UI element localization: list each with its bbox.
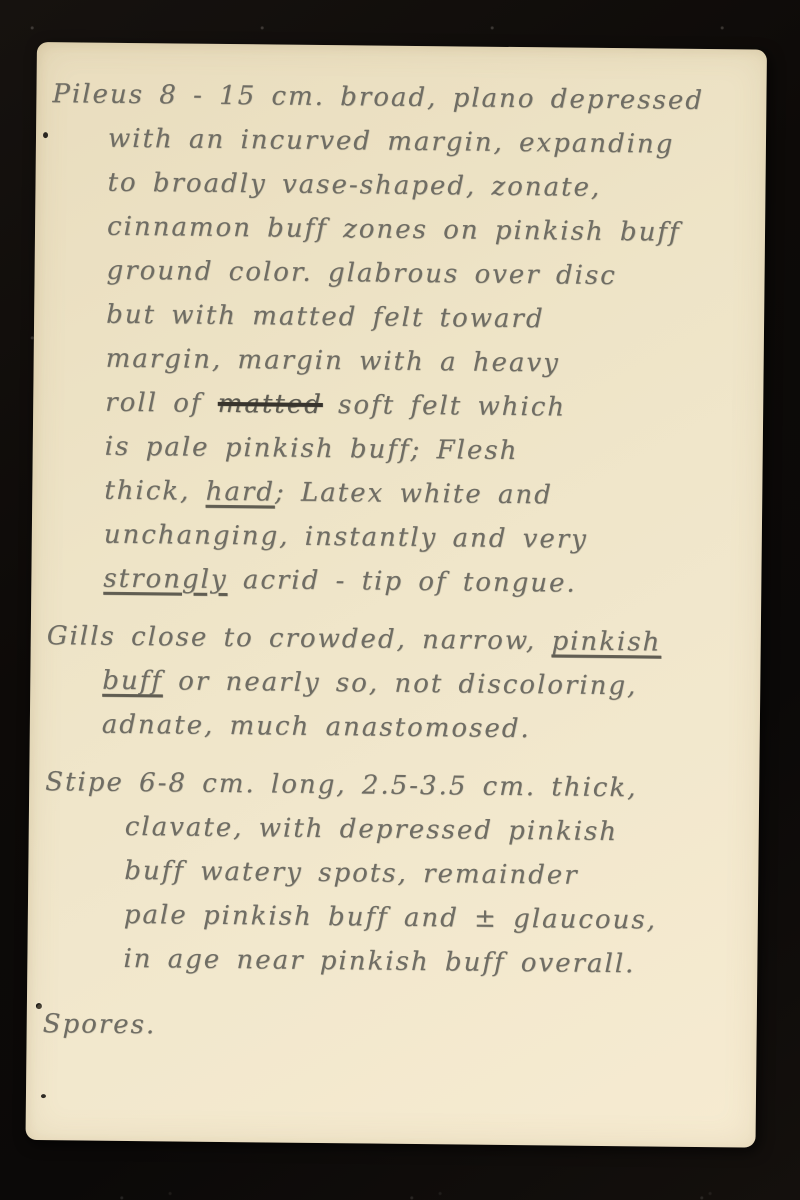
text-strikethrough: matted <box>218 389 323 420</box>
text-segment: thick, <box>104 476 206 507</box>
photo-background: { "photo": { "background_color": "#0d0a0… <box>0 0 800 1200</box>
handwritten-line: Pileus 8 - 15 cm. broad, plano depressed <box>52 72 758 123</box>
handwritten-line: Spores. <box>42 1002 748 1053</box>
text-segment: Pileus 8 - 15 cm. broad, plano depressed <box>52 79 704 116</box>
text-underline: pinkish <box>551 626 661 657</box>
section-pileus: Pileus 8 - 15 cm. broad, plano depressed… <box>47 72 758 607</box>
corner-speck-mark <box>41 1094 46 1098</box>
text-underline: buff <box>102 666 163 697</box>
text-segment: Gills close to crowded, narrow, <box>47 621 552 656</box>
text-segment: adnate, much anastomosed. <box>102 710 531 744</box>
text-segment: pale pinkish buff and ± glaucous, <box>124 900 657 936</box>
text-segment: margin, margin with a heavy <box>106 344 560 379</box>
text-segment: is pale pinkish buff; Flesh <box>105 432 519 466</box>
text-segment: ; Latex white and <box>275 478 553 511</box>
text-segment: soft felt which <box>323 390 567 423</box>
handwritten-line: clavate, with depressed pinkish <box>125 805 751 856</box>
note-card: Pileus 8 - 15 cm. broad, plano depressed… <box>26 42 767 1148</box>
text-segment: buff watery spots, remainder <box>124 856 579 891</box>
text-segment: unchanging, instantly and very <box>104 520 588 555</box>
section-stipe: Stipe 6-8 cm. long, 2.5-3.5 cm. thick,cl… <box>43 760 751 987</box>
handwritten-line: buff or nearly so, not discoloring, <box>102 659 752 710</box>
handwritten-line: Stipe 6-8 cm. long, 2.5-3.5 cm. thick, <box>45 760 751 811</box>
text-segment: cinnamon buff zones on pinkish buff <box>107 212 681 248</box>
text-segment: or nearly so, not discoloring, <box>163 666 638 701</box>
text-segment: in age near pinkish buff overall. <box>123 944 635 979</box>
handwritten-line: roll of matted soft felt which <box>105 381 755 432</box>
handwritten-line: to broadly vase-shaped, zonate, <box>107 161 757 212</box>
handwritten-line: margin, margin with a heavy <box>105 337 755 388</box>
text-underline: hard <box>206 477 276 508</box>
handwritten-line: in age near pinkish buff overall. <box>123 937 749 988</box>
text-segment: ground color. glabrous over disc <box>106 256 617 291</box>
text-segment: but with matted felt toward <box>106 300 545 335</box>
handwritten-line: ground color. glabrous over disc <box>106 249 756 300</box>
pinhole-mark <box>36 1003 42 1009</box>
text-segment: Stipe 6-8 cm. long, 2.5-3.5 cm. thick, <box>45 767 638 803</box>
text-segment: roll of <box>105 388 218 419</box>
note-text: Pileus 8 - 15 cm. broad, plano depressed… <box>42 72 758 1053</box>
section-spores: Spores. <box>42 1002 748 1053</box>
handwritten-line: but with matted felt toward <box>106 293 756 344</box>
handwritten-line: strongly acrid - tip of tongue. <box>103 557 753 608</box>
text-segment: to broadly vase-shaped, zonate, <box>107 168 601 203</box>
text-segment: acrid - tip of tongue. <box>227 565 576 599</box>
handwritten-line: unchanging, instantly and very <box>104 513 754 564</box>
text-segment: with an incurved margin, expanding <box>108 124 675 160</box>
handwritten-line: cinnamon buff zones on pinkish buff <box>107 205 757 256</box>
text-segment: Spores. <box>43 1009 157 1040</box>
handwritten-line: Gills close to crowded, narrow, pinkish <box>47 614 753 665</box>
pencil-dot-mark <box>43 132 48 138</box>
handwritten-line: thick, hard; Latex white and <box>104 469 754 520</box>
handwritten-line: adnate, much anastomosed. <box>102 703 752 754</box>
handwritten-line: pale pinkish buff and ± glaucous, <box>124 893 750 944</box>
handwritten-line: with an incurved margin, expanding <box>108 117 758 168</box>
section-gills: Gills close to crowded, narrow, pinkishb… <box>46 614 753 753</box>
handwritten-line: buff watery spots, remainder <box>124 849 750 900</box>
handwritten-line: is pale pinkish buff; Flesh <box>105 425 755 476</box>
text-underline: strongly <box>103 564 228 595</box>
text-segment: clavate, with depressed pinkish <box>125 812 619 847</box>
